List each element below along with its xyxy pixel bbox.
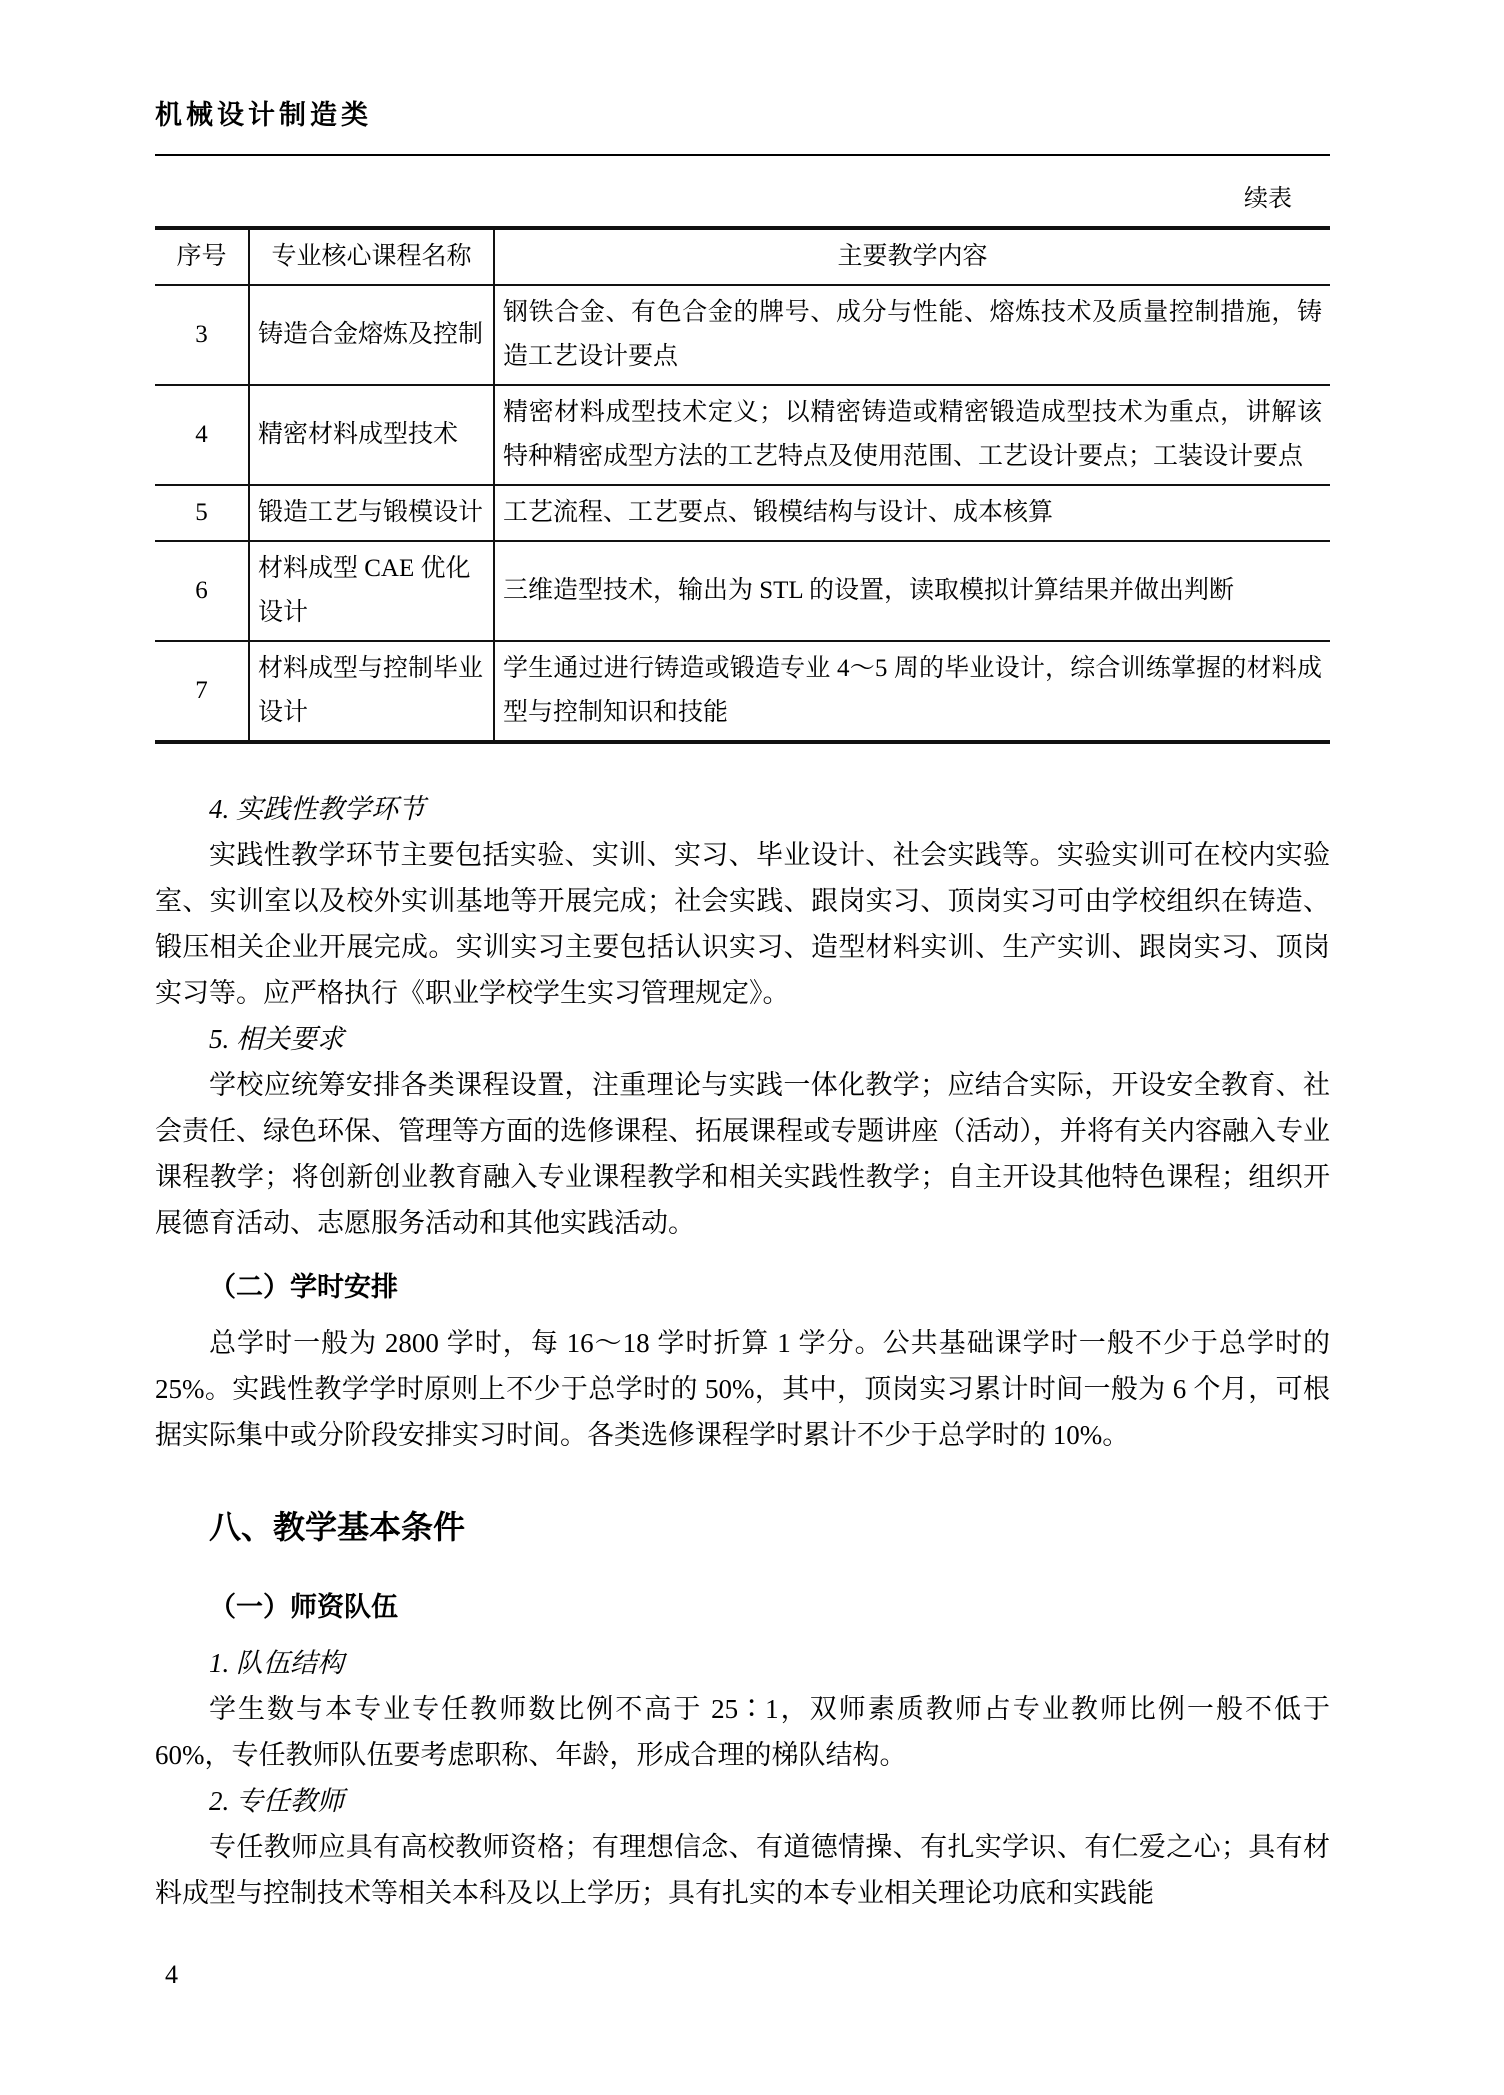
page-content: 机械设计制造类 续表 序号 专业核心课程名称 主要教学内容 3 铸造合金熔炼及控… bbox=[0, 0, 1504, 1916]
table-row: 5 锻造工艺与锻模设计 工艺流程、工艺要点、锻模结构与设计、成本核算 bbox=[155, 485, 1330, 541]
header-rule-divider bbox=[155, 154, 1330, 156]
cell-course-name: 铸造合金熔炼及控制 bbox=[249, 285, 494, 385]
column-header-course-name: 专业核心课程名称 bbox=[249, 228, 494, 285]
text-block: 八、教学基本条件 bbox=[155, 1504, 1330, 1550]
text-block: （一）师资队伍 bbox=[155, 1584, 1330, 1630]
cell-teaching-content: 钢铁合金、有色合金的牌号、成分与性能、熔炼技术及质量控制措施，铸造工艺设计要点 bbox=[494, 285, 1330, 385]
cell-number: 6 bbox=[155, 541, 249, 641]
table-row: 6 材料成型 CAE 优化设计 三维造型技术，输出为 STL 的设置，读取模拟计… bbox=[155, 541, 1330, 641]
table-row: 3 铸造合金熔炼及控制 钢铁合金、有色合金的牌号、成分与性能、熔炼技术及质量控制… bbox=[155, 285, 1330, 385]
table-continued-label: 续表 bbox=[155, 184, 1330, 214]
cell-number: 4 bbox=[155, 385, 249, 485]
cell-number: 5 bbox=[155, 485, 249, 541]
cell-teaching-content: 三维造型技术，输出为 STL 的设置，读取模拟计算结果并做出判断 bbox=[494, 541, 1330, 641]
text-block: 学生数与本专业专任教师数比例不高于 25∶1，双师素质教师占专业教师比例一般不低… bbox=[155, 1686, 1330, 1778]
table-header-row: 序号 专业核心课程名称 主要教学内容 bbox=[155, 228, 1330, 285]
text-block: 学校应统筹安排各类课程设置，注重理论与实践一体化教学；应结合实际，开设安全教育、… bbox=[155, 1062, 1330, 1246]
document-body: 4. 实践性教学环节实践性教学环节主要包括实验、实训、实习、毕业设计、社会实践等… bbox=[155, 786, 1330, 1916]
text-block: 2. 专任教师 bbox=[155, 1778, 1330, 1824]
table-header: 序号 专业核心课程名称 主要教学内容 bbox=[155, 228, 1330, 285]
page-number: 4 bbox=[165, 1960, 178, 1990]
text-block: （二）学时安排 bbox=[155, 1264, 1330, 1310]
text-block: 4. 实践性教学环节 bbox=[155, 786, 1330, 832]
cell-number: 3 bbox=[155, 285, 249, 385]
cell-number: 7 bbox=[155, 641, 249, 742]
text-block: 专任教师应具有高校教师资格；有理想信念、有道德情操、有扎实学识、有仁爱之心；具有… bbox=[155, 1824, 1330, 1916]
document-page: 机械设计制造类 续表 序号 专业核心课程名称 主要教学内容 3 铸造合金熔炼及控… bbox=[0, 0, 1504, 2095]
cell-course-name: 锻造工艺与锻模设计 bbox=[249, 485, 494, 541]
table-row: 7 材料成型与控制毕业设计 学生通过进行铸造或锻造专业 4～5 周的毕业设计，综… bbox=[155, 641, 1330, 742]
cell-teaching-content: 精密材料成型技术定义；以精密铸造或精密锻造成型技术为重点，讲解该特种精密成型方法… bbox=[494, 385, 1330, 485]
cell-teaching-content: 工艺流程、工艺要点、锻模结构与设计、成本核算 bbox=[494, 485, 1330, 541]
table-body: 3 铸造合金熔炼及控制 钢铁合金、有色合金的牌号、成分与性能、熔炼技术及质量控制… bbox=[155, 285, 1330, 742]
cell-teaching-content: 学生通过进行铸造或锻造专业 4～5 周的毕业设计，综合训练掌握的材料成型与控制知… bbox=[494, 641, 1330, 742]
running-header: 机械设计制造类 bbox=[155, 100, 1330, 130]
text-block: 1. 队伍结构 bbox=[155, 1640, 1330, 1686]
core-courses-table: 序号 专业核心课程名称 主要教学内容 3 铸造合金熔炼及控制 钢铁合金、有色合金… bbox=[155, 226, 1330, 744]
cell-course-name: 精密材料成型技术 bbox=[249, 385, 494, 485]
text-block: 实践性教学环节主要包括实验、实训、实习、毕业设计、社会实践等。实验实训可在校内实… bbox=[155, 832, 1330, 1016]
column-header-teaching-content: 主要教学内容 bbox=[494, 228, 1330, 285]
text-block: 总学时一般为 2800 学时，每 16～18 学时折算 1 学分。公共基础课学时… bbox=[155, 1320, 1330, 1458]
cell-course-name: 材料成型与控制毕业设计 bbox=[249, 641, 494, 742]
text-block: 5. 相关要求 bbox=[155, 1016, 1330, 1062]
cell-course-name: 材料成型 CAE 优化设计 bbox=[249, 541, 494, 641]
table-row: 4 精密材料成型技术 精密材料成型技术定义；以精密铸造或精密锻造成型技术为重点，… bbox=[155, 385, 1330, 485]
column-header-number: 序号 bbox=[155, 228, 249, 285]
